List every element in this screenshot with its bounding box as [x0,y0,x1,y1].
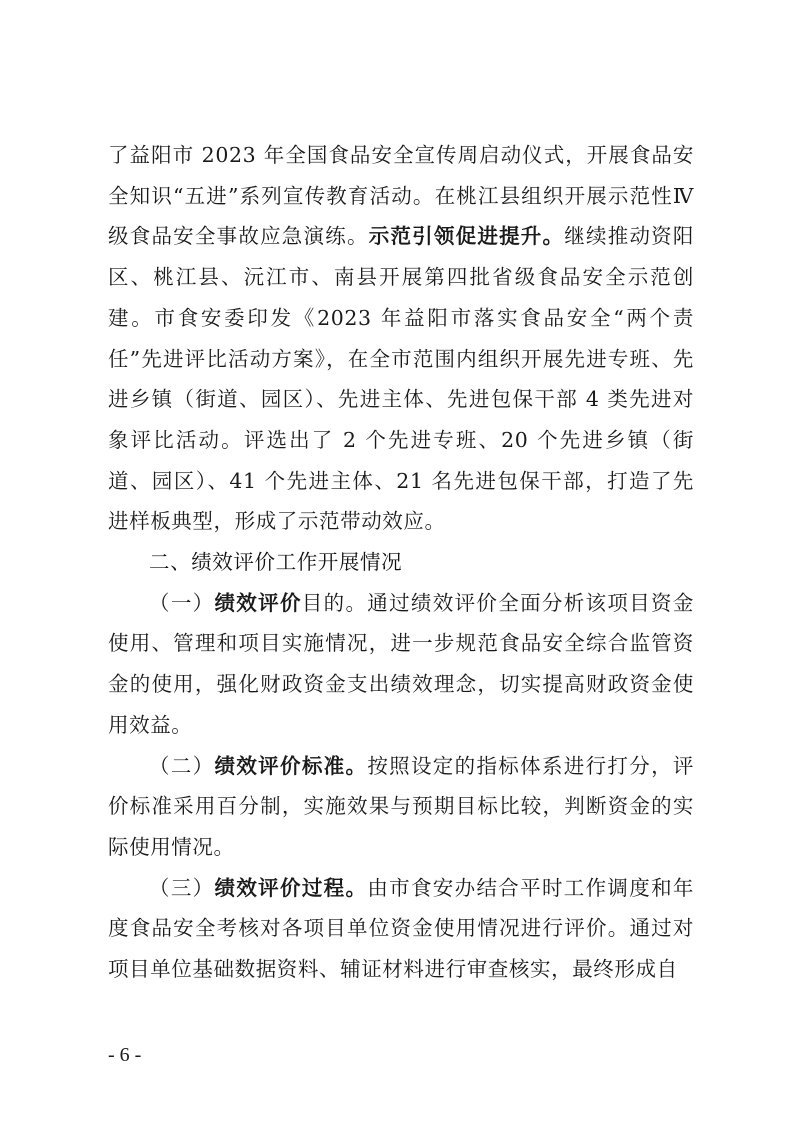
page-number: - 6 - [108,1044,141,1067]
subsection-title: 绩效评价标准。 [215,754,368,778]
document-page: 了益阳市 2023 年全国食品安全宣传周启动仪式，开展食品安全知识“五进”系列宣… [0,0,794,1122]
subsection-title: 绩效评价 [214,591,301,615]
subsection-purpose: （一）绩效评价目的。通过绩效评价全面分析该项目资金使用、管理和项目实施情况，进一… [108,583,694,746]
subsection-title-tail: 目的。 [302,591,367,615]
document-body: 了益阳市 2023 年全国食品安全宣传周启动仪式，开展食品安全知识“五进”系列宣… [108,135,694,990]
bold-emphasis: 示范引领促进提升。 [369,224,565,248]
subsection-lead: （三） [149,876,215,900]
subsection-process: （三）绩效评价过程。由市食安办结合平时工作调度和年度食品安全考核对各项目单位资金… [108,868,694,990]
paragraph-text: 继续推动资阳区、桃江县、沅江市、南县开展第四批省级食品安全示范创建。市食安委印发… [108,224,694,533]
subsection-lead: （一） [149,591,214,615]
section-heading: 二、绩效评价工作开展情况 [108,542,694,583]
paragraph-continuation: 了益阳市 2023 年全国食品安全宣传周启动仪式，开展食品安全知识“五进”系列宣… [108,135,694,542]
subsection-title: 绩效评价过程。 [215,876,368,900]
subsection-standard: （二）绩效评价标准。按照设定的指标体系进行打分，评价标准采用百分制，实施效果与预… [108,746,694,868]
subsection-lead: （二） [149,754,215,778]
